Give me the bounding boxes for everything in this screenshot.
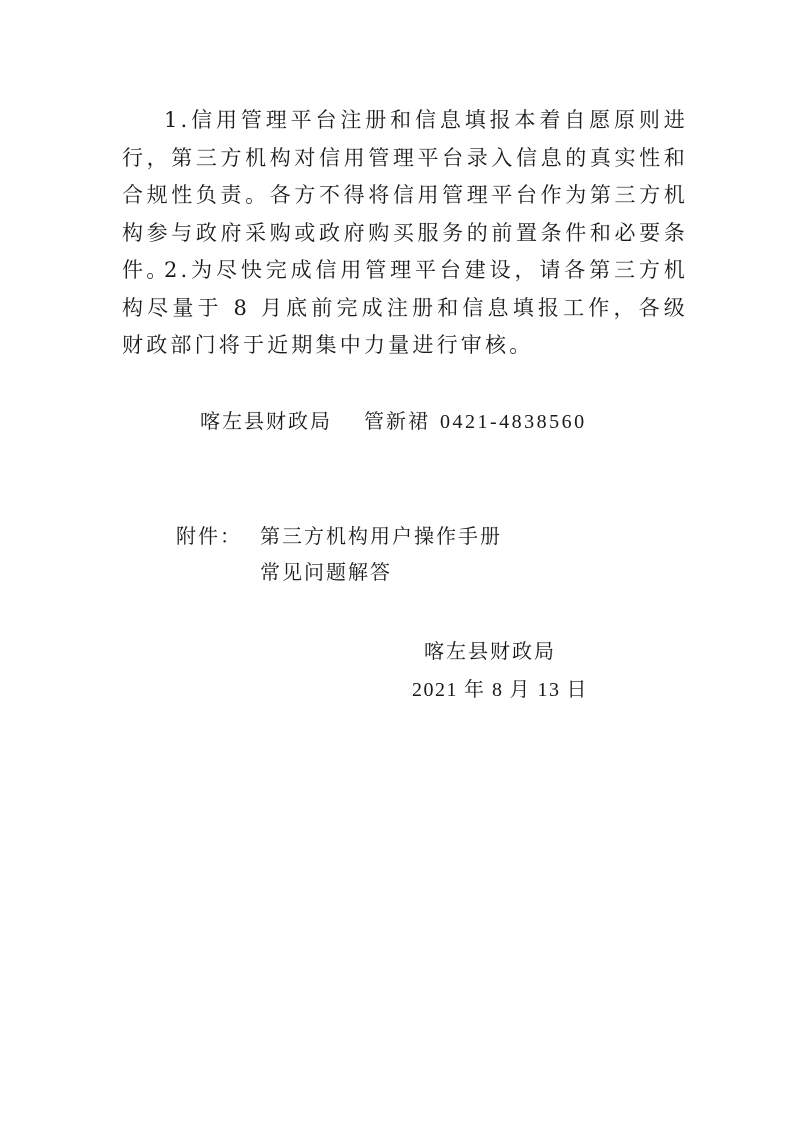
- contact-phone: 0421-4838560: [440, 411, 587, 433]
- attachment-item-faq: 常见问题解答: [260, 560, 392, 584]
- date-day: 13: [538, 679, 561, 701]
- contact-person: 管新裙: [364, 409, 430, 433]
- contact-line: 喀左县财政局管新裙0421-4838560: [200, 405, 587, 434]
- signature-date: 2021年8月13日: [412, 670, 595, 709]
- date-month: 8: [492, 679, 504, 701]
- date-year-unit: 年: [464, 677, 486, 701]
- signature-organization: 喀左县财政局: [412, 632, 595, 670]
- attachment-row: 附件：第三方机构用户操作手册: [176, 518, 502, 554]
- attachments-block: 附件：第三方机构用户操作手册 常见问题解答: [176, 518, 502, 590]
- attachments-label: 附件：: [176, 518, 260, 554]
- document-page: 1.信用管理平台注册和信息填报本着自愿原则进行，第三方机构对信用管理平台录入信息…: [0, 0, 800, 1130]
- attachment-item-manual: 第三方机构用户操作手册: [260, 524, 502, 548]
- attachment-row: 常见问题解答: [176, 554, 502, 590]
- signature-block: 喀左县财政局 2021年8月13日: [412, 632, 595, 709]
- date-day-unit: 日: [567, 677, 589, 701]
- contact-organization: 喀左县财政局: [200, 409, 332, 433]
- date-year: 2021: [412, 679, 458, 701]
- date-month-unit: 月: [510, 677, 532, 701]
- paragraph-item-2: 2.为尽快完成信用管理平台建设，请各第三方机构尽量于 8 月底前完成注册和信息填…: [122, 252, 688, 365]
